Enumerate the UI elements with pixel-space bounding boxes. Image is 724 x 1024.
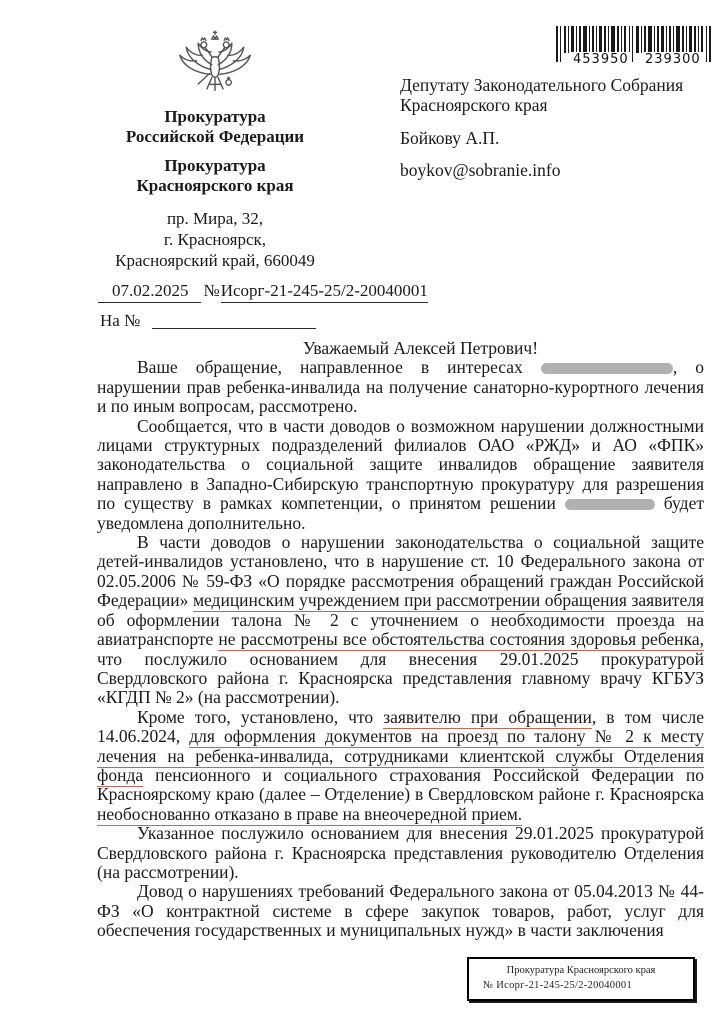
recipient-name: Бойкову А.П.	[400, 128, 715, 148]
letterhead: Прокуратура Российской Федерации Прокура…	[90, 26, 340, 271]
recipient-to-line1: Депутату Законодательного Собрания	[400, 75, 715, 95]
letter-page: Прокуратура Российской Федерации Прокура…	[0, 0, 724, 1024]
reply-number-blank	[152, 313, 316, 329]
redaction-box	[565, 499, 655, 510]
paragraph-4: Кроме того, установлено, что заявителю п…	[97, 708, 704, 824]
paragraph-5: Указанное послужило основанием для внесе…	[97, 824, 704, 882]
paragraph-text: Ваше обращение, направленное в интересах	[137, 357, 541, 377]
paragraph-6: Довод о нарушениях требований Федерально…	[97, 882, 704, 940]
letter-body: Уважаемый Алексей Петрович! Ваше обращен…	[97, 339, 704, 941]
letterhead-org-federal-line2: Российской Федерации	[90, 127, 340, 147]
barcode-number-right: 239300	[642, 52, 704, 67]
paragraph-text: Указанное послужило основанием для внесе…	[97, 823, 704, 882]
paragraph-text: что послужило основанием для внесения 29…	[97, 649, 704, 708]
letterhead-org-regional-line2: Красноярского края	[90, 176, 340, 196]
address-street: пр. Мира, 32,	[90, 208, 340, 229]
recipient-to-line2: Красноярского края	[400, 95, 715, 115]
paragraph-1: Ваше обращение, направленное в интересах…	[97, 358, 704, 416]
salutation: Уважаемый Алексей Петрович!	[97, 339, 704, 358]
redaction-box	[541, 363, 673, 374]
letterhead-address: пр. Мира, 32, г. Красноярск, Красноярски…	[90, 208, 340, 271]
letterhead-org-regional-line1: Прокуратура	[90, 156, 340, 176]
stamp-number: № Исорг-21-245-25/2-20040001	[469, 979, 693, 992]
paragraph-text: Довод о нарушениях требований Федерально…	[97, 881, 704, 940]
barcode-number-left: 453950	[570, 52, 632, 67]
paragraph-text: Кроме того, установлено, что	[137, 707, 383, 727]
coat-of-arms-icon	[175, 26, 255, 102]
paragraph-text: пенсионного и социального страхования Ро…	[97, 765, 704, 804]
reply-reference-line: На №	[100, 311, 316, 331]
paragraph-3: В части доводов о нарушении законодатель…	[97, 533, 704, 708]
outgoing-date: 07.02.2025	[98, 281, 201, 303]
letterhead-org-federal-line1: Прокуратура	[90, 107, 340, 127]
number-sign: №	[204, 281, 220, 300]
address-city: г. Красноярск,	[90, 229, 340, 250]
recipient-block: Депутату Законодательного Собрания Красн…	[400, 75, 715, 180]
address-region-zip: Красноярский край, 660049	[90, 250, 340, 271]
outgoing-number: Исорг-21-245-25/2-20040001	[221, 281, 428, 303]
reply-label: На №	[100, 311, 140, 330]
recipient-email: boykov@sobranie.info	[400, 160, 715, 180]
barcode: 453950 239300	[556, 26, 716, 72]
paragraph-2: Сообщается, что в части доводов о возмож…	[97, 417, 704, 533]
reference-line: 07.02.2025№Исорг-21-245-25/2-20040001	[98, 281, 428, 301]
stamp-org: Прокуратура Красноярского края	[469, 964, 693, 977]
registration-stamp: Прокуратура Красноярского края № Исорг-2…	[467, 957, 695, 1001]
